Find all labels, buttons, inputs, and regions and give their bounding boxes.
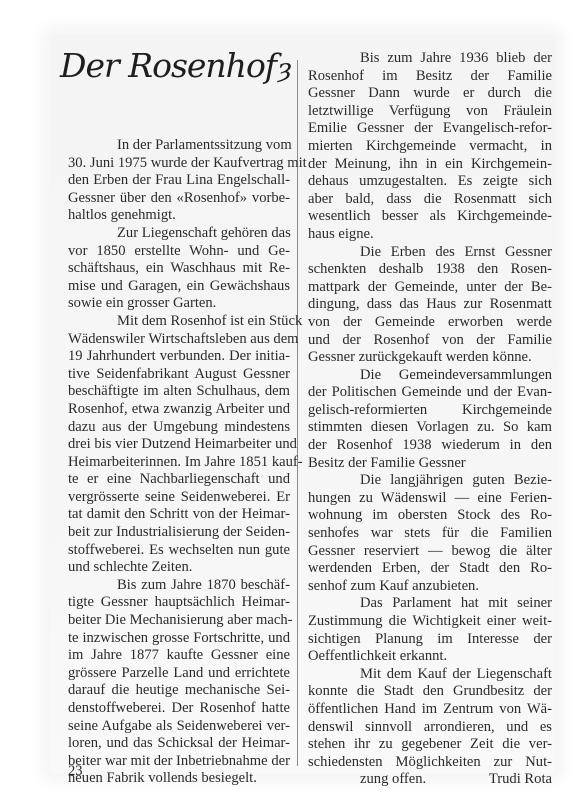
text-line: stoffweberei. Es wechselten nun gute bbox=[68, 542, 290, 560]
text-line: neuen Fabrik vollends besiegelt. bbox=[68, 770, 290, 788]
text-line: Die Erben des Ernst Gessner bbox=[308, 244, 552, 262]
text-line: Oeffentlichkeit erkannt. bbox=[308, 648, 552, 666]
text-line: öffentlichen Hand im Zentrum von Wä- bbox=[308, 701, 552, 719]
text-line: konnte die Stadt den Grundbesitz der bbox=[308, 683, 552, 701]
text-line: Bis zum Jahre 1936 blieb der bbox=[308, 50, 552, 68]
text-line: Zustimmung die Wichtigkeit einer weit- bbox=[308, 613, 552, 631]
right-column: Bis zum Jahre 1936 blieb derRosenhof im … bbox=[308, 50, 552, 789]
paragraph: Mit dem Kauf der Liegenschaftkonnte die … bbox=[308, 666, 552, 789]
text-line: werdenden Erben, der Stadt den Ro- bbox=[308, 560, 552, 578]
text-line: senhofes war stets für die Familien bbox=[308, 525, 552, 543]
text-line: 19 Jahrhundert verbunden. Der initia- bbox=[68, 348, 290, 366]
paragraph: Die Gemeindeversammlungender Politischen… bbox=[308, 367, 552, 473]
text-line: Rosenhof im Besitz der Familie bbox=[308, 68, 552, 86]
text-line: vor 1850 erstellte Wohn- und Ge- bbox=[68, 243, 290, 261]
text-line: Gessner Dann wurde er durch die bbox=[308, 85, 552, 103]
text-line: den Erben der Frau Lina Engelschall- bbox=[68, 172, 290, 190]
text-line: der Meinung, ihn in ein Kirchgemein- bbox=[308, 156, 552, 174]
text-line: beit zur Industrialisierung der Seiden- bbox=[68, 524, 290, 542]
title-flourish-icon: ȝ bbox=[278, 54, 291, 84]
paragraph: Zur Liegenschaft gehören dasvor 1850 ers… bbox=[68, 225, 290, 313]
text-line: tive Seidenfabrikant August Gessner bbox=[68, 366, 290, 384]
text-line: Gessner reserviert — bewog die älter bbox=[308, 543, 552, 561]
text-line: Rosenhof, etwa zwanzig Arbeiter und bbox=[68, 401, 290, 419]
paragraph: Bis zum Jahre 1870 beschäf-tigte Gessner… bbox=[68, 577, 290, 788]
text-line: wesentlich besser als Kirchgemeinde- bbox=[308, 208, 552, 226]
text-line: stimmten diesen Vorlagen zu. So kam bbox=[308, 419, 552, 437]
paragraph: Die langjährigen guten Bezie-hungen zu W… bbox=[308, 472, 552, 595]
text-line: senhof zum Kauf anzubieten. bbox=[308, 578, 552, 596]
text-line: grössere Parzelle Land und errichtete bbox=[68, 665, 290, 683]
text-line: und schlechte Zeiten. bbox=[68, 559, 290, 577]
article-title-text: Der Rosenhof bbox=[60, 46, 276, 85]
text-line: haltlos genehmigt. bbox=[68, 207, 290, 225]
paragraph: Mit dem Rosenhof ist ein StückWädenswile… bbox=[68, 313, 290, 577]
text-line: stehen ihr zu gegebener Zeit die ver- bbox=[308, 736, 552, 754]
text-line: Die Gemeindeversammlungen bbox=[308, 367, 552, 385]
text-line: von der Gemeinde erworben werde bbox=[308, 314, 552, 332]
text-line: wohnung im obersten Stock des Ro- bbox=[308, 507, 552, 525]
paragraph: In der Parlamentssitzung vom30. Juni 197… bbox=[68, 137, 290, 225]
text-line: beschäftigte im alten Schulhaus, dem bbox=[68, 383, 290, 401]
text-line: aber bald, dass die Rosenmatt sich bbox=[308, 191, 552, 209]
text-line: sichtigen Planung im Interesse der bbox=[308, 631, 552, 649]
text-line: und der Rosenhof von der Familie bbox=[308, 332, 552, 350]
page-number: 23 bbox=[68, 763, 83, 780]
paragraph: Bis zum Jahre 1936 blieb derRosenhof im … bbox=[308, 50, 552, 244]
text-line: denswil sinnvoll arrondieren, und es bbox=[308, 719, 552, 737]
text-line: Emilie Gessner der Evangelisch-refor- bbox=[308, 120, 552, 138]
text-line: mattpark der Gemeinde, unter der Be- bbox=[308, 279, 552, 297]
text-line: gelisch-reformierten Kirchgemeinde bbox=[308, 402, 552, 420]
text-line: hungen zu Wädenswil — eine Ferien- bbox=[308, 490, 552, 508]
text-line: letztwillige Verfügung von Fräulein bbox=[308, 103, 552, 121]
article-title: Der Rosenhofȝ bbox=[60, 44, 290, 88]
text-line: der Rosenhof 1938 wiederum in den bbox=[308, 437, 552, 455]
text-line: Besitz der Familie Gessner bbox=[308, 455, 552, 473]
author-signature: Trudi Rota bbox=[437, 771, 552, 789]
text-line: Das Parlament hat mit seiner bbox=[308, 595, 552, 613]
text-line: Gessner über den «Rosenhof» vorbe- bbox=[68, 190, 290, 208]
text-line: sowie ein grosser Garten. bbox=[68, 295, 290, 313]
text-line: dazu aus der Umgebung mindestens bbox=[68, 419, 290, 437]
text-line: tat damit den Schritt von der Heimar- bbox=[68, 506, 290, 524]
closing-text: zung offen. bbox=[308, 771, 426, 789]
text-line: dingung, dass das Haus zur Rosenmatt bbox=[308, 296, 552, 314]
text-line: tigte Gessner hauptsächlich Heimar- bbox=[68, 594, 290, 612]
text-line: te inzwischen grosse Fortschritte, und bbox=[68, 630, 290, 648]
paragraph: Das Parlament hat mit seinerZustimmung d… bbox=[308, 595, 552, 665]
text-line: te er eine Nachbarliegenschaft und bbox=[68, 471, 290, 489]
text-line: schäftshaus, ein Waschhaus mit Re- bbox=[68, 260, 290, 278]
paragraph: Die Erben des Ernst Gessnerschenkten des… bbox=[308, 244, 552, 367]
text-line: mierten Kirchgemeinde vermacht, in bbox=[308, 138, 552, 156]
text-line: beiter war mit der Inbetriebnahme der bbox=[68, 753, 290, 771]
text-line: denstoffweberei. Der Rosenhof hatte bbox=[68, 700, 290, 718]
text-line: haus eigne. bbox=[308, 226, 552, 244]
text-line: dehaus umzugestalten. Es zeigte sich bbox=[308, 173, 552, 191]
closing-line: zung offen.Trudi Rota bbox=[308, 771, 552, 789]
text-line: Mit dem Kauf der Liegenschaft bbox=[308, 666, 552, 684]
text-line: Wädenswiler Wirtschaftsleben aus dem bbox=[68, 331, 290, 349]
text-line: Mit dem Rosenhof ist ein Stück bbox=[68, 313, 290, 331]
left-column: In der Parlamentssitzung vom30. Juni 197… bbox=[68, 137, 290, 788]
text-line: beiter Die Mechanisierung aber mach- bbox=[68, 612, 290, 630]
text-line: Zur Liegenschaft gehören das bbox=[68, 225, 290, 243]
text-line: seine Aufgabe als Seidenweberei ver- bbox=[68, 718, 290, 736]
text-line: loren, und das Schicksal der Heimar- bbox=[68, 735, 290, 753]
text-line: mise und Garagen, ein Gewächshaus bbox=[68, 278, 290, 296]
text-line: In der Parlamentssitzung vom bbox=[68, 137, 290, 155]
text-line: der Politischen Gemeinde und der Evan- bbox=[308, 384, 552, 402]
text-line: vergrösserte seine Seidenweberei. Er bbox=[68, 489, 290, 507]
text-line: 30. Juni 1975 wurde der Kaufvertrag mit bbox=[68, 155, 290, 173]
text-line: Die langjährigen guten Bezie- bbox=[308, 472, 552, 490]
text-line: darauf die heutige mechanische Sei- bbox=[68, 682, 290, 700]
text-line: Bis zum Jahre 1870 beschäf- bbox=[68, 577, 290, 595]
text-line: Gessner zurückgekauft werden könne. bbox=[308, 349, 552, 367]
text-line: Heimarbeiterinnen. Im Jahre 1851 kauf- bbox=[68, 454, 290, 472]
text-line: drei bis vier Dutzend Heimarbeiter und bbox=[68, 436, 290, 454]
text-line: schenkten deshalb 1938 den Rosen- bbox=[308, 261, 552, 279]
text-line: im Jahre 1877 kaufte Gessner eine bbox=[68, 647, 290, 665]
text-line: schiedensten Möglichkeiten zur Nut- bbox=[308, 754, 552, 772]
